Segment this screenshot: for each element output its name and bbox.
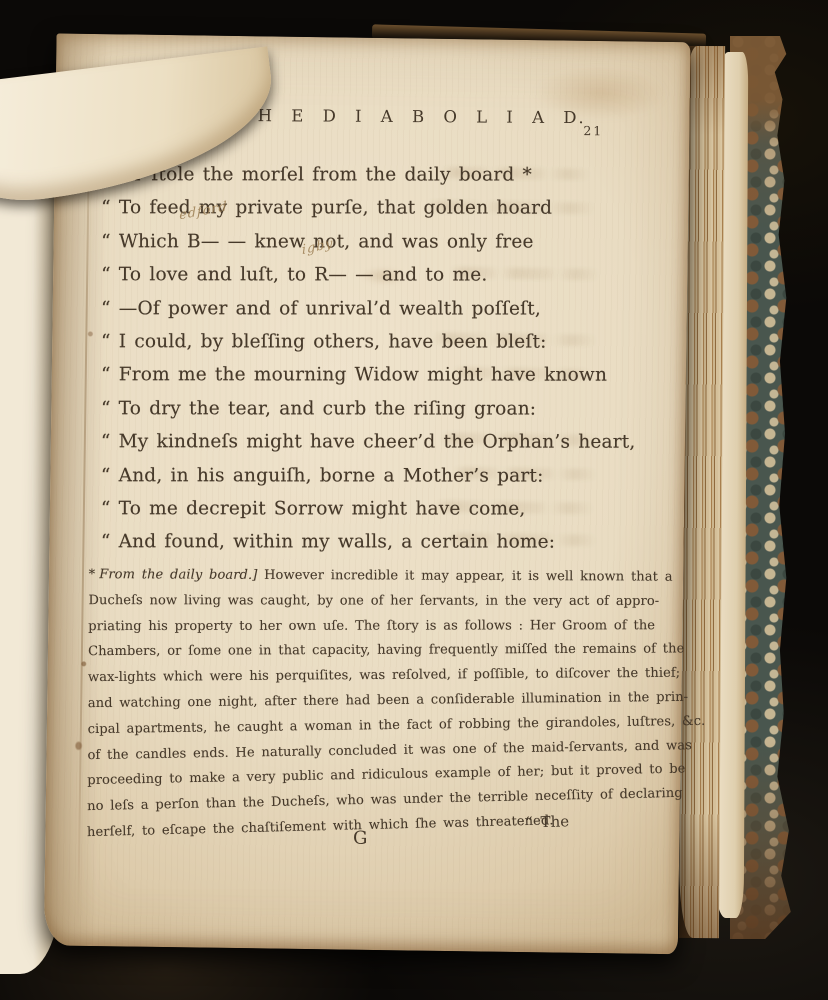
poem-line: “ And, in his anguiſh, borne a Mother’s … <box>101 459 661 493</box>
page-number: 21 <box>583 123 603 138</box>
footnote-marker: * <box>89 567 100 582</box>
poem-line: “ And found, within my walls, a certain … <box>101 526 661 560</box>
poem-line: “ Or ſtole the morſel from the daily boa… <box>101 158 661 192</box>
page-title: T H E D I A B O L I A D. <box>227 106 586 127</box>
footnote-line: *From the daily board.] However incredib… <box>89 562 661 590</box>
signature-mark: G <box>353 828 368 849</box>
poem-line: “ —Of power and of unrival’d wealth poſſ… <box>101 292 661 326</box>
poem-line: “ I could, by bleſſing others, have been… <box>101 325 661 359</box>
poem-line: “ Which B— — knew not, and was only free <box>101 225 661 259</box>
footnote-block: *From the daily board.] However incredib… <box>87 562 661 849</box>
catchword: “ The <box>525 812 569 831</box>
photograph-black-backdrop: Part II.] T H E D I A B O L I A D. 21 “ … <box>0 0 828 1000</box>
poem-line: “ From me the mourning Widow might have … <box>101 359 661 393</box>
poem-line: “ My kindneſs might have cheer’d the Orp… <box>101 425 661 459</box>
footnote-lead-italic: From the daily board.] <box>99 567 257 583</box>
poem-line: “ To dry the tear, and curb the riſing g… <box>101 392 661 426</box>
footnote-line: Ducheſs now living was caught, by one of… <box>88 588 660 615</box>
poem-line: “ To me decrepit Sorrow might have come, <box>101 492 661 526</box>
poem-line: “ To love and luſt, to R— — and to me. <box>101 258 661 292</box>
footnote-line: priating his property to her own uſe. Th… <box>88 613 660 640</box>
